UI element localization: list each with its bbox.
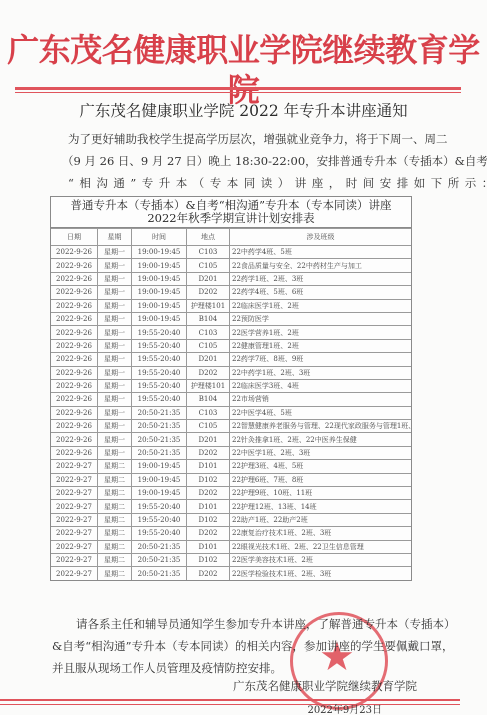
cell-date: 2022-9-26 [51, 312, 98, 325]
cell-classes: 22预防医学 [230, 312, 412, 325]
cell-location: 护理楼101 [187, 299, 230, 312]
cell-location: C103 [187, 246, 230, 259]
column-header-date: 日期 [51, 229, 98, 246]
cell-weekday: 星期一 [98, 272, 132, 285]
cell-weekday: 星期二 [98, 553, 132, 566]
cell-date: 2022-9-26 [51, 393, 98, 406]
cell-date: 2022-9-26 [51, 259, 98, 272]
table-row: 2022-9-26星期一19:00-19:45D20222药学4班、5班、6班 [51, 286, 411, 299]
cell-weekday: 星期一 [98, 326, 132, 339]
table-row: 2022-9-26星期一19:55-20:40C10322医学营养1班、2班 [51, 326, 411, 339]
table-row: 2022-9-26星期一19:55-20:40B10422市场营销 [51, 393, 411, 406]
cell-weekday: 星期一 [98, 339, 132, 352]
cell-classes: 22健康管理1班、2班 [230, 339, 412, 352]
cell-classes: 22助产1班、22助产2班 [230, 513, 412, 526]
cell-date: 2022-9-27 [51, 513, 98, 526]
cell-date: 2022-9-26 [51, 299, 98, 312]
cell-classes: 22临床医学3班、4班 [230, 379, 412, 392]
cell-date: 2022-9-26 [51, 339, 98, 352]
closing-line-3: 并且服从现场工作人员管理及疫情防控安排。 [52, 657, 437, 679]
cell-date: 2022-9-26 [51, 446, 98, 459]
table-row: 2022-9-27星期二19:00-19:45D10122护理3班、4班、5班 [51, 460, 411, 473]
cell-date: 2022-9-26 [51, 379, 98, 392]
intro-paragraph: 为了更好辅助我校学生提高学历层次，增强就业竞争力，将于下周一、周二 （9 月 2… [52, 128, 437, 194]
cell-classes: 22护理3班、4班、5班 [230, 460, 412, 473]
letterhead-rule-thick [15, 87, 461, 90]
table-row: 2022-9-26星期一19:55-20:40D20122药学7班、8班、9班 [51, 353, 411, 366]
cell-time: 20:50-21:35 [132, 567, 187, 580]
cell-time: 19:00-19:45 [132, 286, 187, 299]
table-row: 2022-9-27星期二19:00-19:45D10222护理6班、7班、8班 [51, 473, 411, 486]
table-row: 2022-9-27星期二19:00-19:45D20222护理9班、10班、11… [51, 487, 411, 500]
cell-classes: 22临床医学1班、2班 [230, 299, 412, 312]
cell-weekday: 星期二 [98, 567, 132, 580]
column-header-time: 时间 [132, 229, 187, 246]
cell-weekday: 星期一 [98, 393, 132, 406]
cell-time: 20:50-21:35 [132, 406, 187, 419]
notice-title: 广东茂名健康职业学院 2022 年专升本讲座通知 [0, 100, 487, 122]
cell-weekday: 星期一 [98, 312, 132, 325]
table-row: 2022-9-27星期二19:55-20:40D20222康复治疗技术1班、2班… [51, 527, 411, 540]
cell-location: C105 [187, 259, 230, 272]
cell-time: 19:55-20:40 [132, 393, 187, 406]
cell-time: 20:50-21:35 [132, 553, 187, 566]
cell-classes: 22康复治疗技术1班、2班、3班 [230, 527, 412, 540]
cell-weekday: 星期一 [98, 420, 132, 433]
cell-time: 19:00-19:45 [132, 259, 187, 272]
cell-weekday: 星期一 [98, 259, 132, 272]
closing-paragraph: 请各系主任和辅导员通知学生参加专升本讲座，了解普通专升本（专插本） &自考“相沟… [52, 613, 437, 679]
table-row: 2022-9-26星期一19:00-19:45B10422预防医学 [51, 312, 411, 325]
footer-rule-thick [0, 699, 460, 701]
cell-weekday: 星期一 [98, 299, 132, 312]
intro-line-1: 为了更好辅助我校学生提高学历层次，增强就业竞争力，将于下周一、周二 [52, 128, 437, 150]
cell-time: 19:55-20:40 [132, 527, 187, 540]
cell-weekday: 星期二 [98, 513, 132, 526]
intro-line-2: （9 月 26 日、9 月 27 日）晚上 18:30-22:00，安排普通专升… [46, 150, 437, 172]
cell-date: 2022-9-27 [51, 527, 98, 540]
cell-time: 19:55-20:40 [132, 326, 187, 339]
letterhead-rule-thin [15, 92, 461, 93]
cell-date: 2022-9-27 [51, 460, 98, 473]
cell-weekday: 星期二 [98, 460, 132, 473]
cell-weekday: 星期二 [98, 527, 132, 540]
cell-classes: 22中药学1班、2班、3班 [230, 366, 412, 379]
cell-date: 2022-9-27 [51, 487, 98, 500]
cell-time: 19:55-20:40 [132, 379, 187, 392]
cell-date: 2022-9-26 [51, 246, 98, 259]
cell-weekday: 星期二 [98, 473, 132, 486]
table-row: 2022-9-26星期一19:55-20:40护理楼10122临床医学3班、4班 [51, 379, 411, 392]
cell-time: 19:55-20:40 [132, 366, 187, 379]
cell-classes: 22针灸推拿1班、2班、22中医养生保健 [230, 433, 412, 446]
cell-time: 19:55-20:40 [132, 513, 187, 526]
cell-classes: 22医学营养1班、2班 [230, 326, 412, 339]
table-row: 2022-9-26星期一20:50-21:35D20122针灸推拿1班、2班、2… [51, 433, 411, 446]
table-row: 2022-9-26星期一20:50-21:35C10522智慧健康养老服务与管理… [51, 420, 411, 433]
cell-classes: 22医学美容技术1班、2班 [230, 553, 412, 566]
cell-time: 19:00-19:45 [132, 299, 187, 312]
cell-date: 2022-9-27 [51, 540, 98, 553]
cell-date: 2022-9-26 [51, 366, 98, 379]
cell-classes: 22药学7班、8班、9班 [230, 353, 412, 366]
cell-date: 2022-9-27 [51, 500, 98, 513]
cell-time: 19:00-19:45 [132, 487, 187, 500]
cell-location: B104 [187, 312, 230, 325]
table-row: 2022-9-26星期一20:50-21:35C10322中医学4班、5班 [51, 406, 411, 419]
cell-location: D202 [187, 446, 230, 459]
table-row: 2022-9-26星期一19:55-20:40D20222中药学1班、2班、3班 [51, 366, 411, 379]
cell-classes: 22护理12班、13班、14班 [230, 500, 412, 513]
cell-date: 2022-9-26 [51, 406, 98, 419]
cell-location: D202 [187, 286, 230, 299]
cell-location: D201 [187, 272, 230, 285]
cell-time: 19:00-19:45 [132, 473, 187, 486]
table-row: 2022-9-27星期二19:55-20:40D10222助产1班、22助产2班 [51, 513, 411, 526]
cell-date: 2022-9-26 [51, 286, 98, 299]
cell-time: 19:00-19:45 [132, 312, 187, 325]
table-row: 2022-9-26星期一20:50-21:35D20222中医学1班、2班、3班 [51, 446, 411, 459]
table-row: 2022-9-26星期一19:55-20:40C10522健康管理1班、2班 [51, 339, 411, 352]
cell-location: D202 [187, 567, 230, 580]
cell-classes: 22护理6班、7班、8班 [230, 473, 412, 486]
cell-weekday: 星期一 [98, 433, 132, 446]
table-row: 2022-9-27星期二20:50-21:35D20222医学检验技术1班、2班… [51, 567, 411, 580]
column-header-location: 地点 [187, 229, 230, 246]
cell-date: 2022-9-26 [51, 326, 98, 339]
intro-line-3: “相沟通”专升本（专本同读）讲座，时间安排如下所示： [52, 172, 437, 194]
cell-location: B104 [187, 393, 230, 406]
closing-line-1: 请各系主任和辅导员通知学生参加专升本讲座，了解普通专升本（专插本） [52, 613, 437, 635]
cell-time: 19:55-20:40 [132, 500, 187, 513]
cell-date: 2022-9-26 [51, 420, 98, 433]
cell-location: C103 [187, 326, 230, 339]
cell-classes: 22食品质量与安全、22中药材生产与加工 [230, 259, 412, 272]
cell-classes: 22药学1班、2班、3班 [230, 272, 412, 285]
cell-location: D201 [187, 353, 230, 366]
cell-time: 19:00-19:45 [132, 460, 187, 473]
cell-weekday: 星期二 [98, 540, 132, 553]
cell-location: D101 [187, 500, 230, 513]
cell-location: D202 [187, 527, 230, 540]
cell-location: D101 [187, 460, 230, 473]
schedule-table: 普通专升本（专插本）&自考“相沟通”专升本（专本同读）讲座 2022年秋季学期宣… [50, 196, 412, 581]
table-row: 2022-9-26星期一19:00-19:45C10522食品质量与安全、22中… [51, 259, 411, 272]
schedule-title-line-2: 2022年秋季学期宣讲计划安排表 [51, 212, 411, 225]
cell-date: 2022-9-26 [51, 353, 98, 366]
cell-time: 20:50-21:35 [132, 433, 187, 446]
cell-weekday: 星期一 [98, 286, 132, 299]
cell-weekday: 星期二 [98, 500, 132, 513]
cell-time: 20:50-21:35 [132, 446, 187, 459]
schedule-grid: 日期 星期 时间 地点 涉及班级 2022-9-26星期一19:00-19:45… [51, 228, 411, 580]
cell-weekday: 星期一 [98, 446, 132, 459]
table-row: 2022-9-27星期二19:55-20:40D10122护理12班、13班、1… [51, 500, 411, 513]
cell-location: D202 [187, 487, 230, 500]
cell-classes: 22眼视光技术1班、2班、22卫生信息管理 [230, 540, 412, 553]
cell-weekday: 星期一 [98, 366, 132, 379]
cell-classes: 22智慧健康养老服务与管理、22现代家政服务与管理1班、2班 [230, 420, 412, 433]
cell-location: D101 [187, 540, 230, 553]
cell-location: C105 [187, 339, 230, 352]
footer-rule-thin [0, 704, 460, 705]
column-header-weekday: 星期 [98, 229, 132, 246]
cell-weekday: 星期二 [98, 487, 132, 500]
cell-date: 2022-9-27 [51, 553, 98, 566]
cell-location: C105 [187, 420, 230, 433]
cell-location: D201 [187, 433, 230, 446]
cell-classes: 22中医学1班、2班、3班 [230, 446, 412, 459]
cell-weekday: 星期一 [98, 406, 132, 419]
cell-location: C103 [187, 406, 230, 419]
cell-location: D102 [187, 473, 230, 486]
cell-time: 20:50-21:35 [132, 540, 187, 553]
cell-weekday: 星期一 [98, 379, 132, 392]
cell-location: 护理楼101 [187, 379, 230, 392]
cell-weekday: 星期一 [98, 246, 132, 259]
signature-org: 广东茂名健康职业学院继续教育学院 [233, 679, 417, 693]
table-row: 2022-9-26星期一19:00-19:45D20122药学1班、2班、3班 [51, 272, 411, 285]
signature-date: 2022年9月23日 [307, 701, 382, 715]
cell-time: 19:55-20:40 [132, 353, 187, 366]
table-row: 2022-9-26星期一19:00-19:45护理楼10122临床医学1班、2班 [51, 299, 411, 312]
table-row: 2022-9-27星期二20:50-21:35D10222医学美容技术1班、2班 [51, 553, 411, 566]
cell-classes: 22市场营销 [230, 393, 412, 406]
table-header-row: 日期 星期 时间 地点 涉及班级 [51, 229, 411, 246]
cell-time: 20:50-21:35 [132, 420, 187, 433]
cell-classes: 22药学4班、5班、6班 [230, 286, 412, 299]
closing-line-2: &自考“相沟通”专升本（专本同读）的相关内容，参加讲座的学生要佩戴口罩， [52, 635, 437, 657]
cell-classes: 22医学检验技术1班、2班、3班 [230, 567, 412, 580]
cell-date: 2022-9-26 [51, 272, 98, 285]
cell-date: 2022-9-27 [51, 473, 98, 486]
cell-time: 19:00-19:45 [132, 246, 187, 259]
schedule-rows: 2022-9-26星期一19:00-19:45C10322中药学4班、5班202… [51, 246, 411, 580]
table-row: 2022-9-26星期一19:00-19:45C10322中药学4班、5班 [51, 246, 411, 259]
table-row: 2022-9-27星期二20:50-21:35D10122眼视光技术1班、2班、… [51, 540, 411, 553]
cell-date: 2022-9-26 [51, 433, 98, 446]
cell-classes: 22中药学4班、5班 [230, 246, 412, 259]
column-header-classes: 涉及班级 [230, 229, 412, 246]
cell-classes: 22中医学4班、5班 [230, 406, 412, 419]
cell-weekday: 星期一 [98, 353, 132, 366]
cell-time: 19:55-20:40 [132, 339, 187, 352]
cell-location: D102 [187, 553, 230, 566]
cell-date: 2022-9-27 [51, 567, 98, 580]
cell-time: 19:00-19:45 [132, 272, 187, 285]
schedule-title: 普通专升本（专插本）&自考“相沟通”专升本（专本同读）讲座 2022年秋季学期宣… [51, 197, 411, 228]
cell-classes: 22护理9班、10班、11班 [230, 487, 412, 500]
cell-location: D202 [187, 366, 230, 379]
cell-location: D102 [187, 513, 230, 526]
letterhead-title: 广东茂名健康职业学院继续教育学院 [0, 30, 487, 110]
